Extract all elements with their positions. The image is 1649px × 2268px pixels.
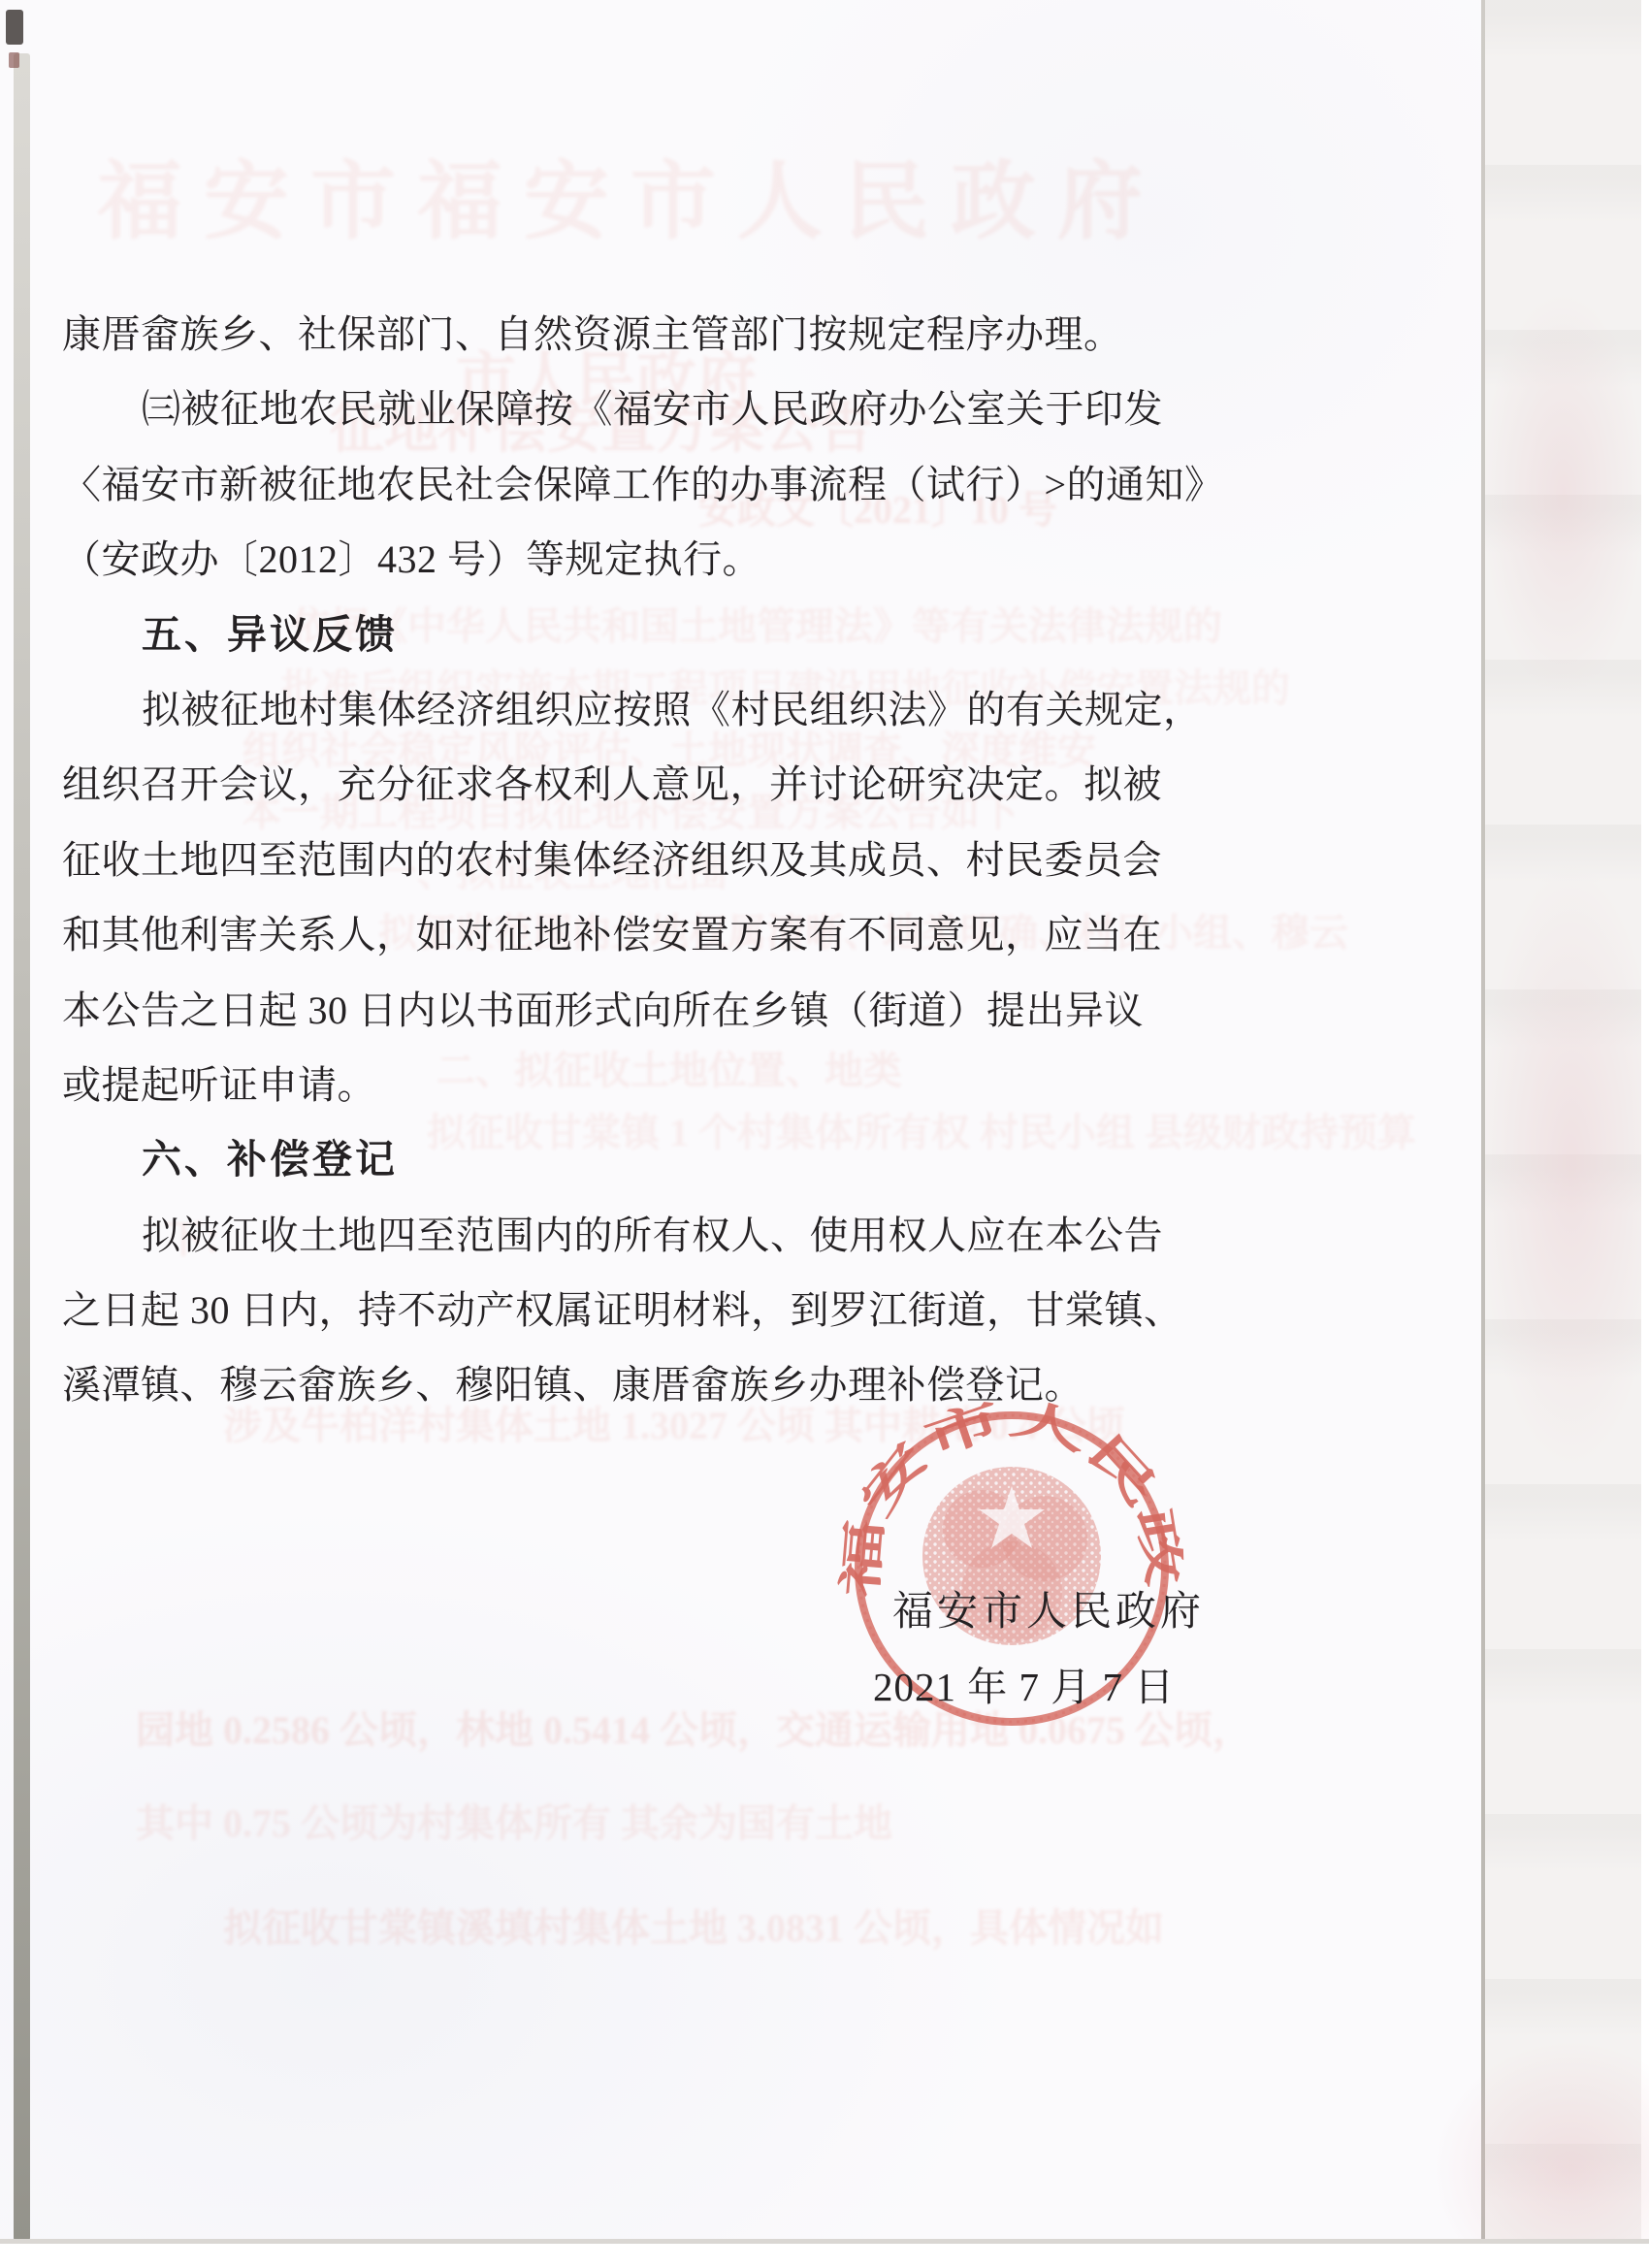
document-line: （安政办〔2012〕432 号）等规定执行。 bbox=[62, 522, 1133, 597]
document-line: 康厝畲族乡、社保部门、自然资源主管部门按规定程序办理。 bbox=[62, 297, 1133, 372]
document-line: 溪潭镇、穆云畲族乡、穆阳镇、康厝畲族乡办理补偿登记。 bbox=[62, 1347, 1133, 1422]
scanned-document-page: 福 安 市 福 安 市 人 民 政 府市人民政府征地补偿安置方案公告安政文〔20… bbox=[0, 0, 1649, 2268]
scan-right-band bbox=[1485, 0, 1641, 2243]
document-line: 拟被征收土地四至范围内的所有权人、使用权人应在本公告 bbox=[62, 1198, 1133, 1273]
document-line: 征收土地四至范围内的农村集体经济组织及其成员、村民委员会 bbox=[62, 823, 1133, 897]
signature-issuer: 福安市人民政府 bbox=[892, 1579, 1203, 1637]
signature-date: 2021 年 7 月 7 日 bbox=[873, 1655, 1222, 1712]
corner-mark bbox=[9, 52, 19, 68]
document-line: ㈢被征地农民就业保障按《福安市人民政府办公室关于印发 bbox=[62, 372, 1133, 446]
paper-bottom-edge bbox=[0, 2239, 1649, 2244]
corner-mark bbox=[6, 10, 23, 45]
document-line: 之日起 30 日内，持不动产权属证明材料，到罗江街道，甘棠镇、 bbox=[62, 1273, 1133, 1347]
document-line: 或提起听证申请。 bbox=[62, 1048, 1133, 1122]
document-line: 和其他利害关系人，如对征地补偿安置方案有不同意见，应当在 bbox=[62, 897, 1133, 972]
scan-pink-wash bbox=[1387, 1998, 1649, 2243]
document-line: 〈福安市新被征地农民社会保障工作的办事流程（试行）>的通知》 bbox=[62, 447, 1133, 522]
document-line: 本公告之日起 30 日内以书面形式向所在乡镇（街道）提出异议 bbox=[62, 973, 1133, 1048]
section-heading: 五、异议反馈 bbox=[62, 598, 1133, 672]
document-line: 组织召开会议，充分征求各权利人意见，并讨论研究决定。拟被 bbox=[62, 747, 1133, 822]
section-heading: 六、补偿登记 bbox=[62, 1122, 1133, 1197]
scan-margin bbox=[1641, 0, 1649, 2268]
paper-right-edge bbox=[1481, 0, 1485, 2243]
document-body: 康厝畲族乡、社保部门、自然资源主管部门按规定程序办理。㈢被征地农民就业保障按《福… bbox=[62, 297, 1133, 1423]
scan-left-edge-shadow bbox=[14, 53, 30, 2241]
document-line: 拟被征地村集体经济组织应按照《村民组织法》的有关规定， bbox=[62, 672, 1133, 747]
